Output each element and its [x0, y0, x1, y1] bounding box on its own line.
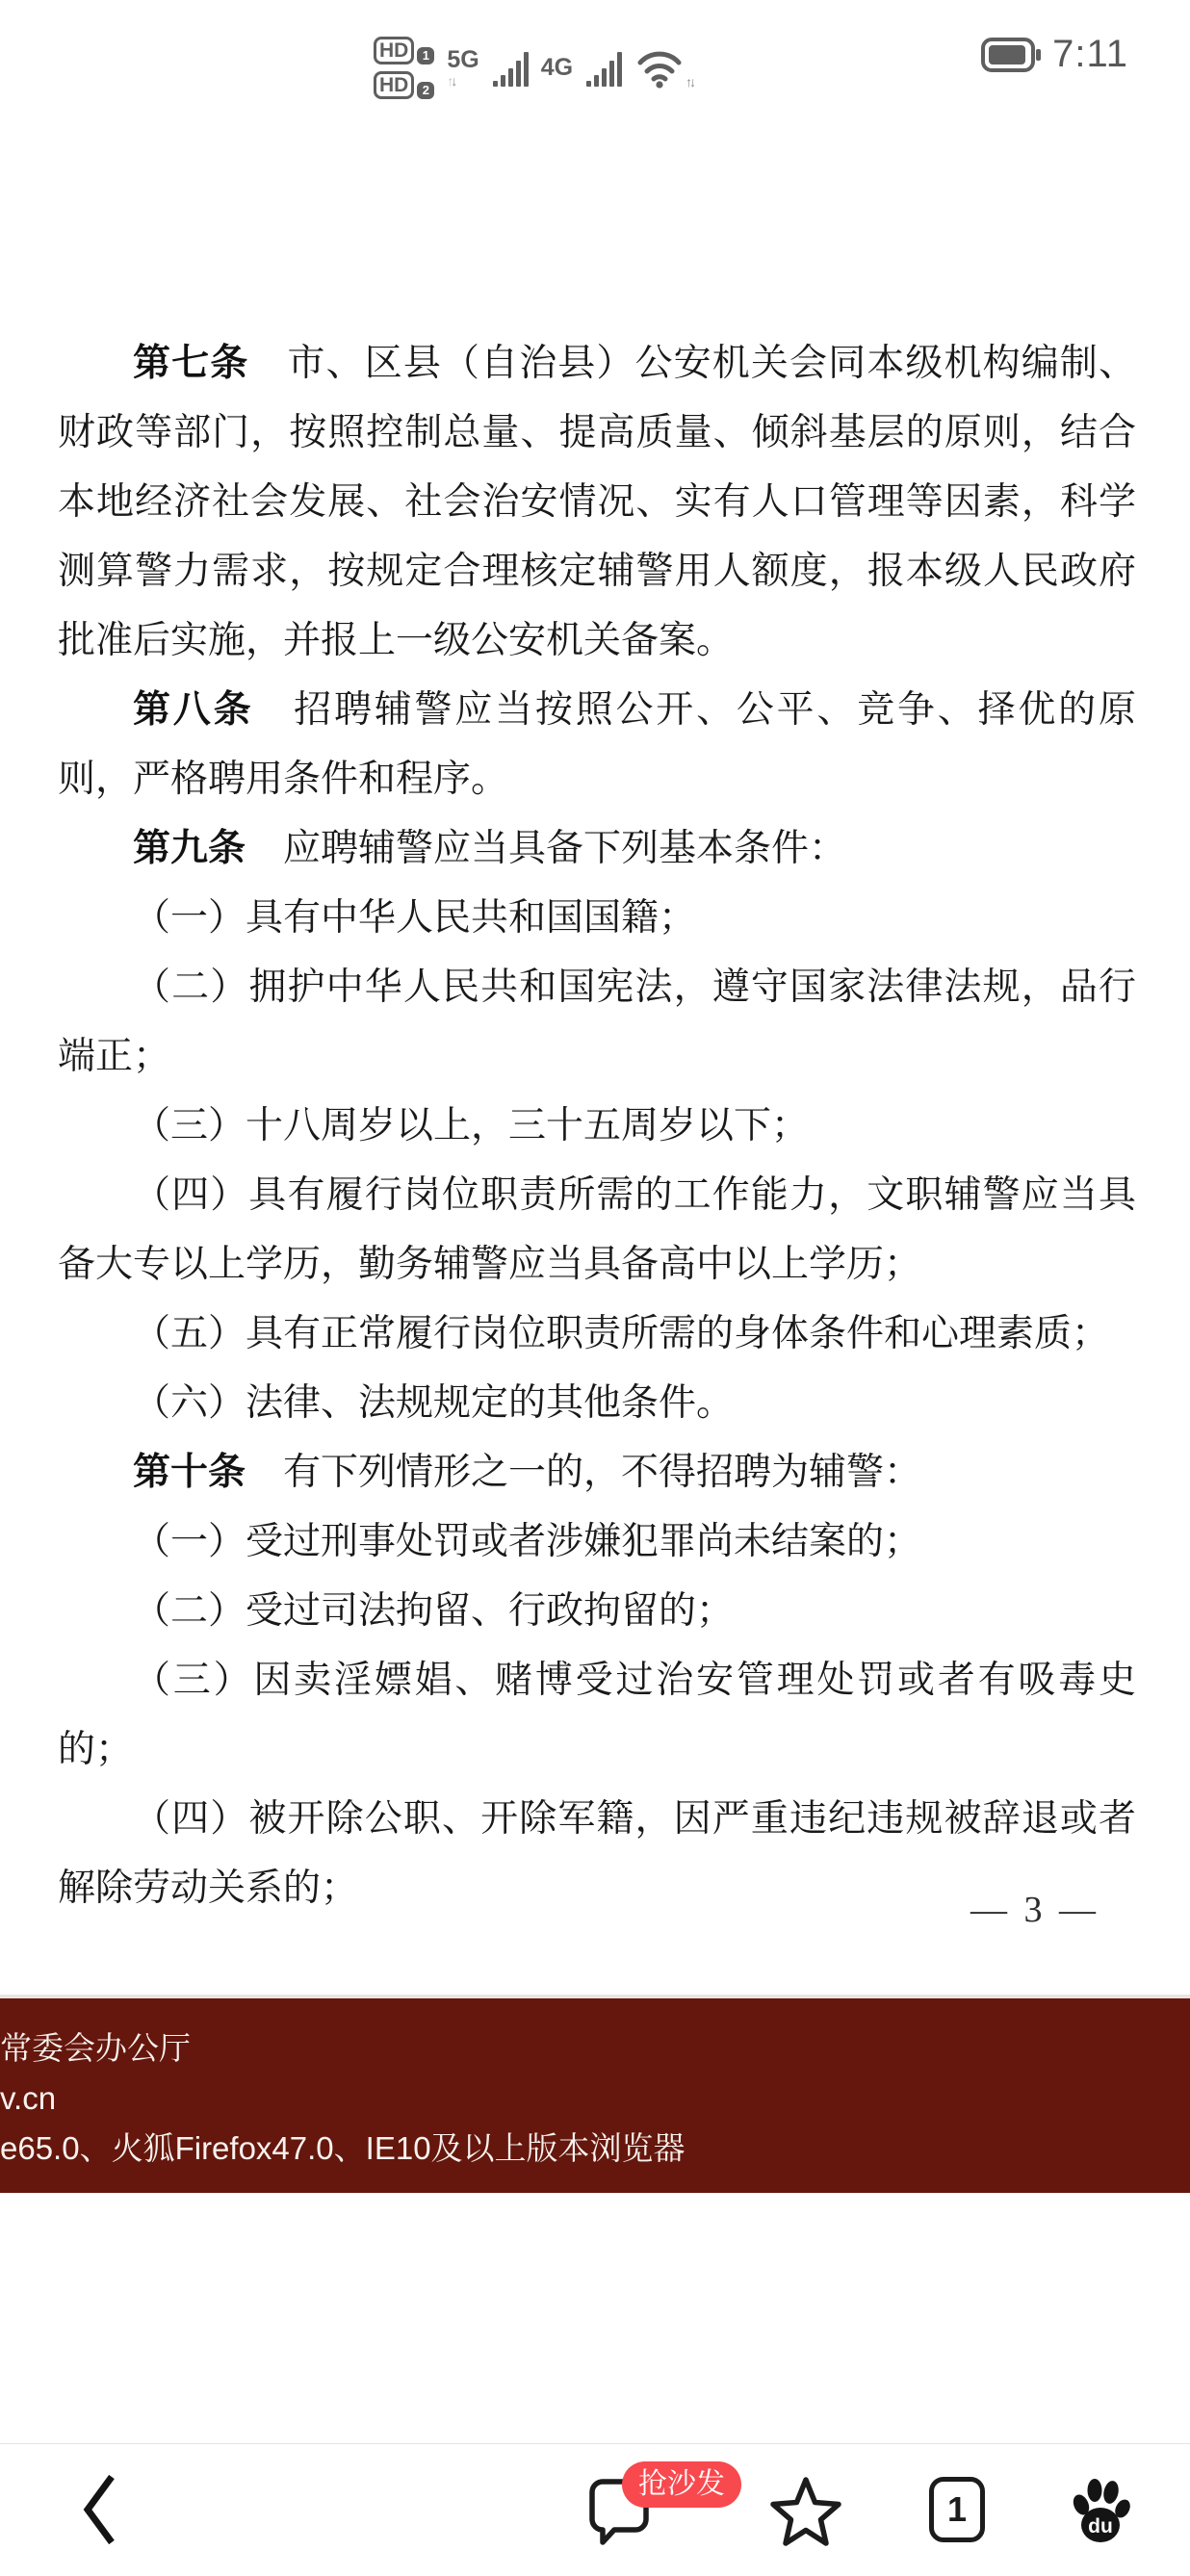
first-comment-badge[interactable]: 抢沙发 — [622, 2461, 741, 2508]
article-number: 第九条 — [133, 828, 246, 869]
network-type-label: 4G — [541, 56, 573, 80]
network-4g: 4G — [541, 56, 573, 80]
status-bar: HD 1 HD 2 5G ↑↓ 4G — [0, 0, 1190, 116]
favorite-button[interactable] — [768, 2473, 843, 2551]
paragraph-article-7: 第七条 市、区县（自治县）公安机关会同本级机构编制、财政等部门，按照控制总量、提… — [58, 329, 1136, 676]
footer-line-url: v.cn — [0, 2074, 1190, 2124]
page-number: — 3 — — [970, 1889, 1099, 1931]
svg-text:du: du — [1088, 2515, 1113, 2537]
signal-bars-icon — [492, 47, 529, 88]
hd-icon: HD — [374, 37, 414, 64]
list-item: （一）具有中华人民共和国国籍； — [58, 884, 1136, 953]
list-item: （二）受过司法拘留、行政拘留的； — [58, 1577, 1136, 1646]
tabs-button[interactable]: 1 — [929, 2477, 985, 2542]
hd-icon: HD — [374, 71, 414, 99]
data-activity-arrows-icon: ↑↓ — [686, 75, 693, 89]
hd-badge-sim1: HD 1 — [374, 37, 434, 64]
tab-count-label: 1 — [947, 2489, 967, 2530]
sim1-number: 1 — [417, 47, 434, 64]
list-item: （五）具有正常履行岗位职责所需的身体条件和心理素质； — [58, 1300, 1136, 1369]
document-content: 第七条 市、区县（自治县）公安机关会同本级机构编制、财政等部门，按照控制总量、提… — [58, 329, 1136, 1923]
hd-badge-sim2: HD 2 — [374, 71, 434, 99]
paragraph-article-10: 第十条 有下列情形之一的，不得招聘为辅警： — [58, 1438, 1136, 1507]
browser-toolbar: 抢沙发 1 du — [0, 2443, 1190, 2576]
article-number: 第十条 — [133, 1452, 246, 1493]
star-icon — [768, 2473, 843, 2548]
footer-line-browser-support: e65.0、火狐Firefox47.0、IE10及以上版本浏览器 — [0, 2124, 1190, 2174]
list-item: （二）拥护中华人民共和国宪法，遵守国家法律法规，品行端正； — [58, 953, 1136, 1092]
baidu-paw-icon: du — [1071, 2479, 1130, 2544]
list-item: （四）具有履行岗位职责所需的工作能力，文职辅警应当具备大专以上学历，勤务辅警应当… — [58, 1161, 1136, 1300]
signal-bars-icon — [585, 47, 622, 88]
list-item: （六）法律、法规规定的其他条件。 — [58, 1369, 1136, 1438]
network-type-label: 5G — [447, 48, 479, 72]
back-button[interactable] — [81, 2471, 117, 2551]
paragraph-article-9: 第九条 应聘辅警应当具备下列基本条件： — [58, 814, 1136, 884]
data-activity-arrows-icon: ↑↓ — [447, 74, 454, 88]
paragraph-article-8: 第八条 招聘辅警应当按照公开、公平、竞争、择优的原则，严格聘用条件和程序。 — [58, 676, 1136, 814]
sim2-number: 2 — [417, 82, 434, 99]
battery-icon — [981, 37, 1043, 73]
list-item: （三）因卖淫嫖娼、赌博受过治安管理处罚或者有吸毒史的； — [58, 1646, 1136, 1785]
clock: 7:11 — [1052, 33, 1128, 76]
list-item: （三）十八周岁以上，三十五周岁以下； — [58, 1092, 1136, 1161]
baidu-home-button[interactable]: du — [1071, 2479, 1130, 2547]
status-left-cluster: HD 1 HD 2 5G ↑↓ 4G — [374, 27, 693, 108]
hd-badges: HD 1 HD 2 — [374, 37, 434, 99]
phone-screen: HD 1 HD 2 5G ↑↓ 4G — [0, 0, 1190, 2576]
footer-line-office: 常委会办公厅 — [0, 2023, 1190, 2074]
article-number: 第八条 — [133, 689, 253, 731]
list-item: （一）受过刑事处罚或者涉嫌犯罪尚未结案的； — [58, 1507, 1136, 1577]
chevron-left-icon — [81, 2471, 117, 2548]
wifi-status: ↑↓ — [634, 46, 693, 89]
page-footer-banner: 常委会办公厅 v.cn e65.0、火狐Firefox47.0、IE10及以上版… — [0, 1995, 1190, 2193]
wifi-icon — [634, 46, 685, 89]
article-number: 第七条 — [133, 343, 248, 384]
status-right-cluster: 7:11 — [981, 33, 1128, 76]
network-5g: 5G ↑↓ — [447, 48, 479, 88]
